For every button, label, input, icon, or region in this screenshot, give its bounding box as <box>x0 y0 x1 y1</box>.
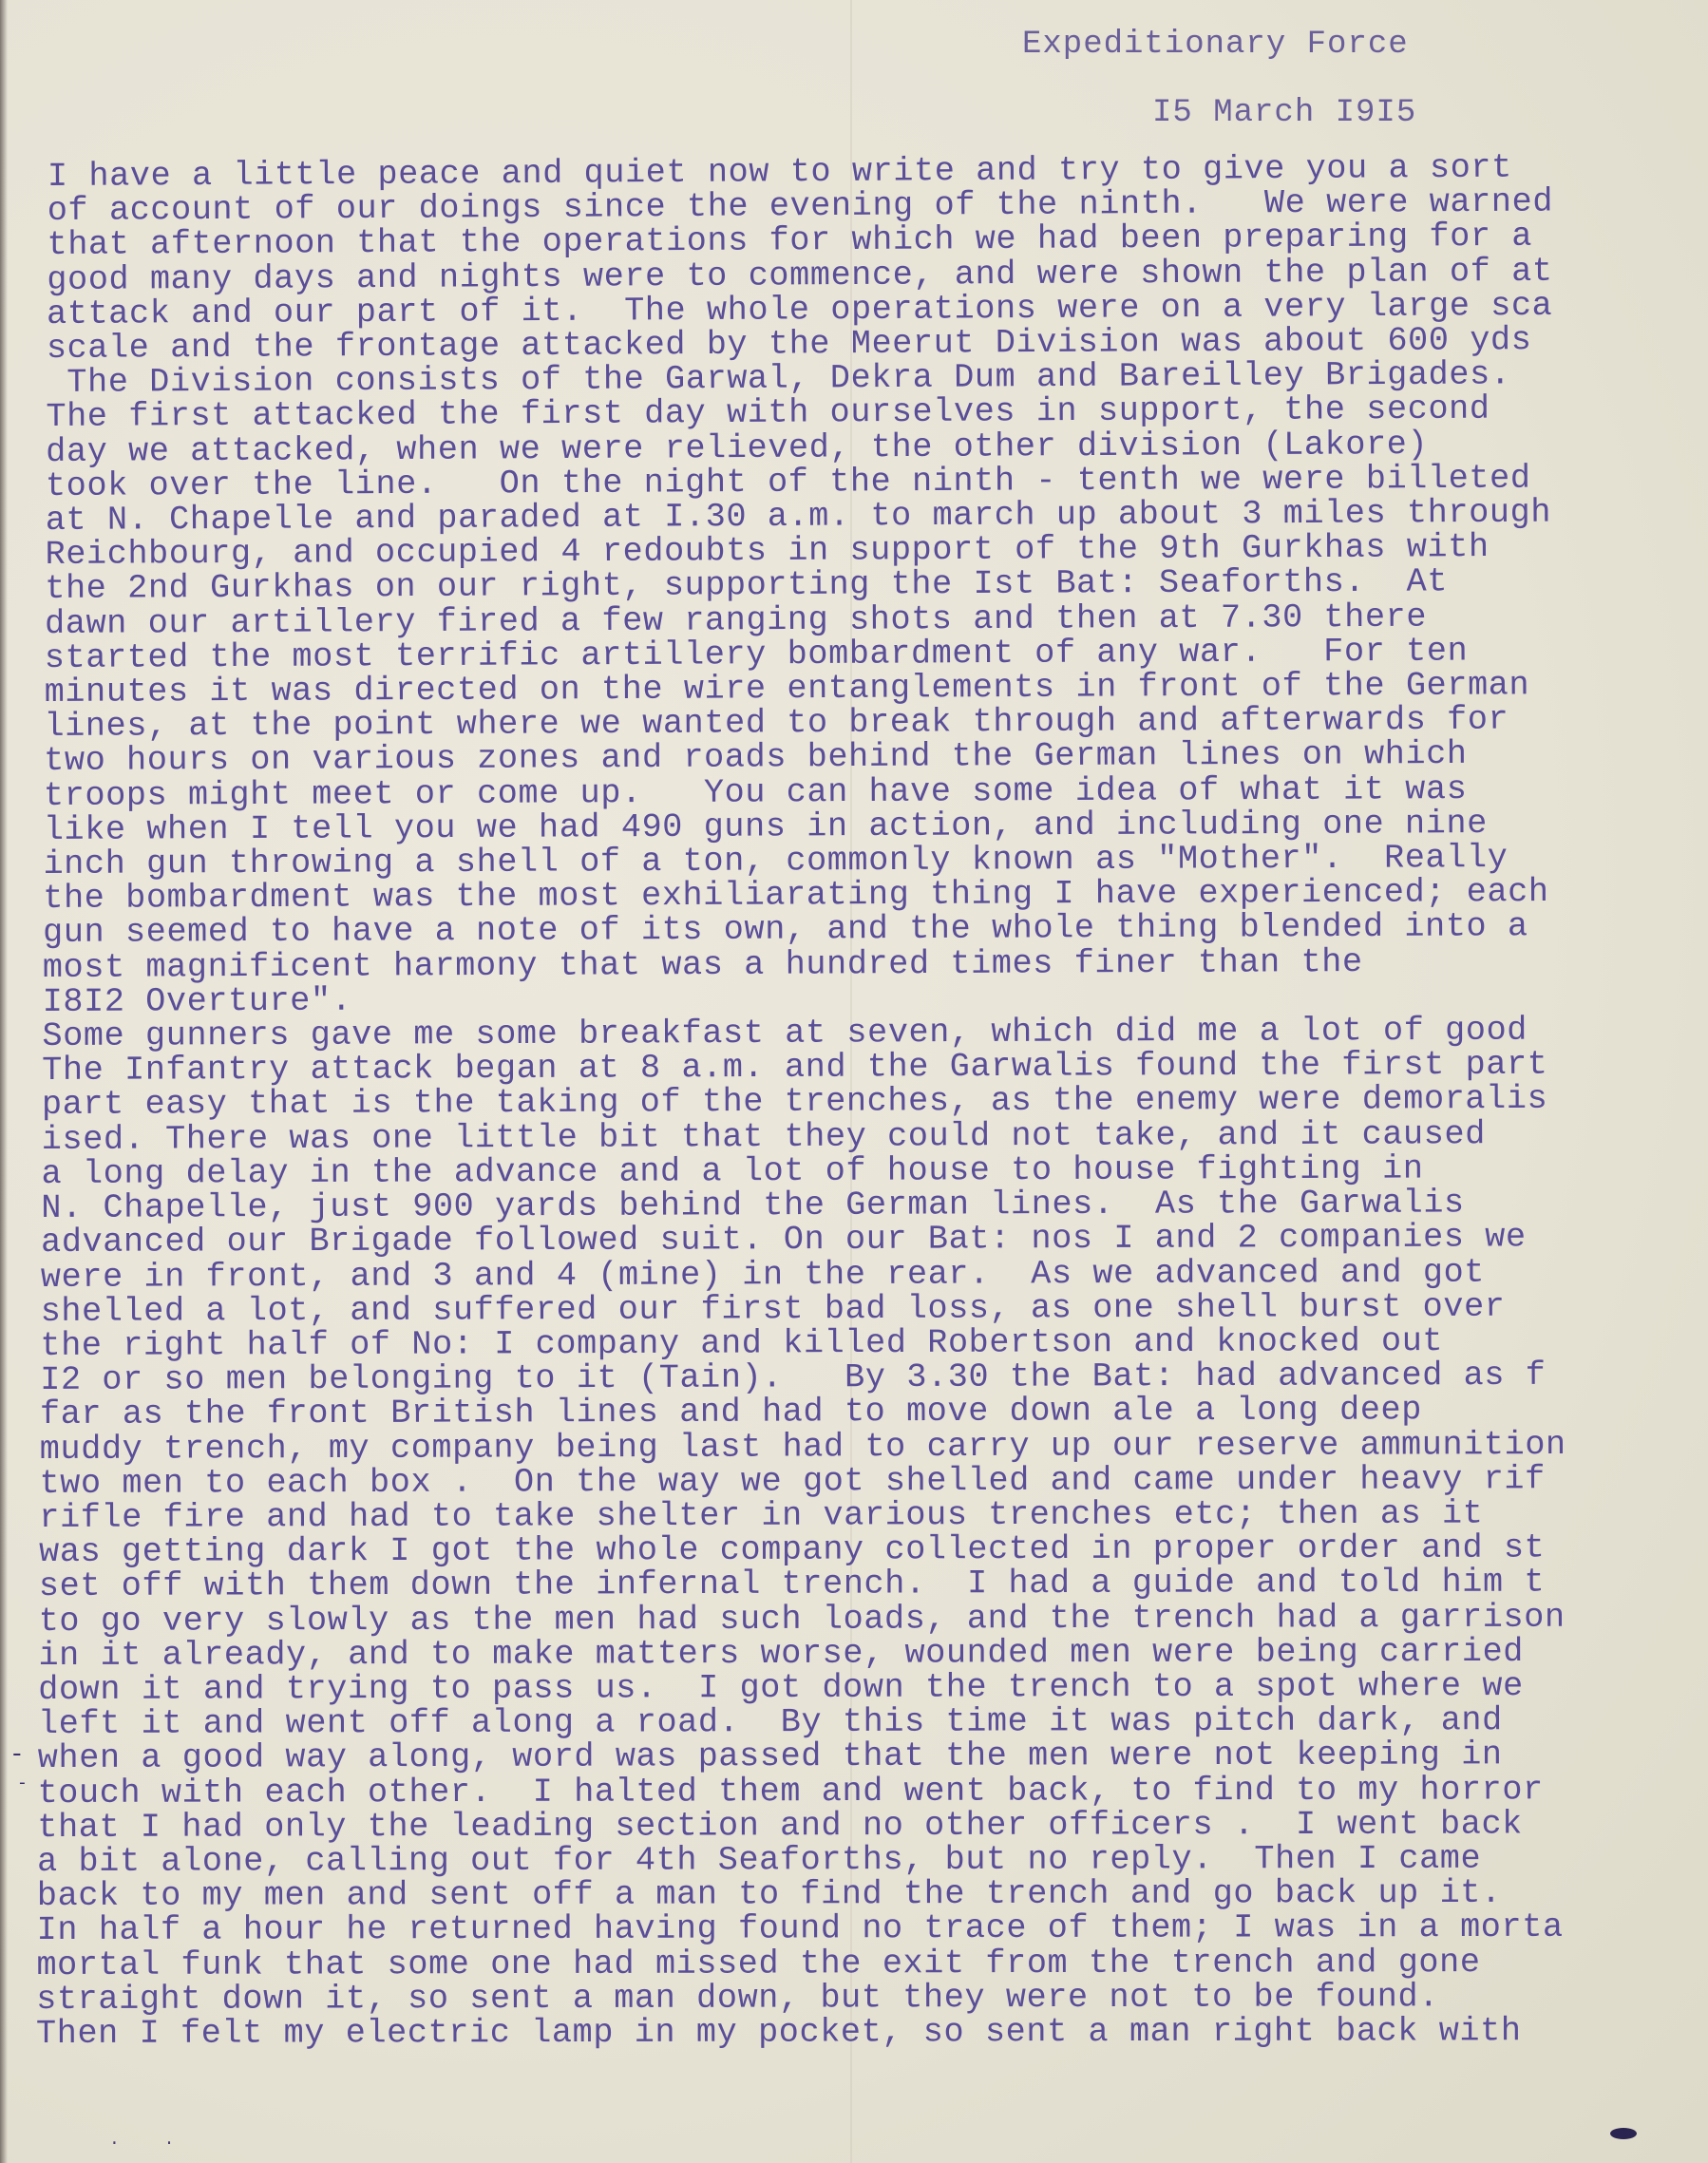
letter-line: Then I felt my electric lamp in my pocke… <box>36 2014 1670 2051</box>
bottom-ink-specks: · · <box>109 2135 191 2154</box>
margin-dot-mark: - <box>17 1774 28 1793</box>
letter-line: ised. There was one little bit that they… <box>42 1116 1676 1157</box>
letter-page: Expeditionary Force I5 March I9I5 I have… <box>0 0 1708 2163</box>
margin-dash-mark: - <box>9 1740 25 1769</box>
letter-line: mortal funk that some one had missed the… <box>36 1945 1670 1982</box>
letter-body: I have a little peace and quiet now to w… <box>47 160 1681 2051</box>
ink-blot <box>1610 2128 1637 2139</box>
letter-address: Expeditionary Force <box>1022 27 1409 63</box>
letter-line: straight down it, so sent a man down, bu… <box>36 1980 1670 2017</box>
letter-line: I2 or so men belonging to it (Tain). By … <box>40 1357 1674 1397</box>
letter-line: In half a hour he returned having found … <box>37 1910 1671 1948</box>
letter-line: when a good way along, word was passed t… <box>38 1737 1672 1775</box>
letter-date: I5 March I9I5 <box>1152 95 1416 131</box>
letter-line: touch with each other. I halted them and… <box>38 1773 1672 1811</box>
